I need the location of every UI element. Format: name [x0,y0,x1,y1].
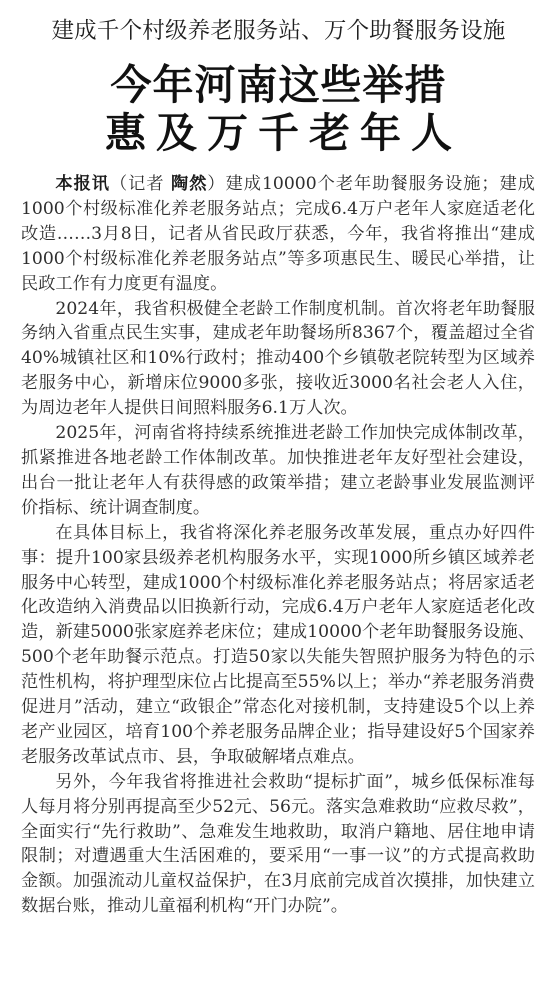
byline-prefix: 本报讯 [55,174,110,194]
article-body: 本报讯（记者 陶然）建成10000个老年助餐服务设施；建成1000个村级标准化养… [21,172,535,919]
article-paragraph: 另外，今年我省将推进社会救助“提标扩面”，城乡低保标准每人每月将分别再提高至少5… [21,770,535,919]
headline-line-2: 惠及万千老年人 [0,108,557,158]
kicker-subheadline: 建成千个村级养老服务站、万个助餐服务设施 [0,14,557,48]
article-paragraph: 2025年，河南省将持续系统推进老龄工作加快完成体制改革，抓紧推进各地老龄工作体… [21,421,535,521]
newspaper-clipping: 建成千个村级养老服务站、万个助餐服务设施 今年河南这些举措 惠及万千老年人 本报… [0,0,557,999]
byline-paren-open: （记者 [110,174,171,194]
article-paragraph-lead: 本报讯（记者 陶然）建成10000个老年助餐服务设施；建成1000个村级标准化养… [21,172,535,297]
headline-line-1: 今年河南这些举措 [0,60,557,110]
byline-paren-close: ） [207,174,225,194]
byline-reporter: 陶然 [171,174,207,194]
article-paragraph: 2024年，我省积极健全老龄工作制度机制。首次将老年助餐服务纳入省重点民生实事，… [21,297,535,422]
article-paragraph: 在具体目标上，我省将深化养老服务改革发展，重点办好四件事：提升100家县级养老机… [21,521,535,770]
